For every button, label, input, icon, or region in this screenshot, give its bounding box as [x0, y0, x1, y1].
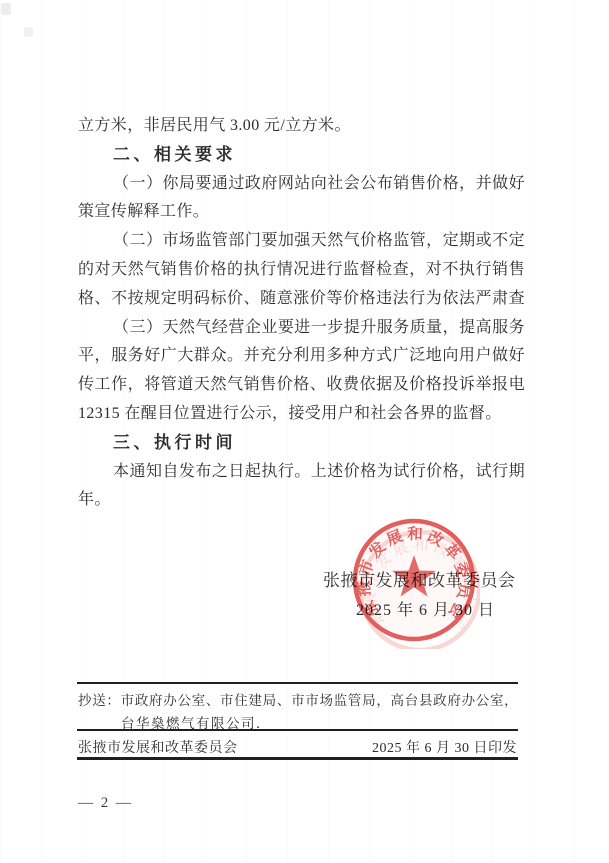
page-number: — 2 — — [78, 795, 133, 812]
scanned-document-page: { "meta": { "paper_color": "#ffffff", "i… — [0, 0, 609, 863]
body-line: 的对天然气销售价格的执行情况进行监督检查，对不执行销售价 — [78, 256, 525, 285]
footer-divider-middle — [77, 729, 518, 731]
footer-divider-bottom — [77, 757, 518, 760]
footer-divider-top — [77, 682, 518, 684]
signature-date: 2025 年 6 月 30 日 — [356, 597, 495, 620]
body-line: 本通知自发布之日起执行。上述价格为试行价格，试行期 2 — [78, 458, 525, 487]
scan-speck — [1, 3, 11, 15]
signature-organization: 张掖市发展和改革委员会 — [323, 566, 516, 591]
body-line: 12315 在醒目位置进行公示，接受用户和社会各界的监督。 — [78, 400, 525, 429]
body-line: （二）市场监管部门要加强天然气价格监管，定期或不定期 — [78, 227, 525, 256]
scan-speck — [24, 27, 33, 37]
copy-distribution-line1: 抄送：市政府办公室、市住建局、市市场监管局，高台县政府办公室，高 — [78, 689, 518, 711]
section-heading-2: 二、相关要求 — [78, 141, 525, 170]
body-line: （一）你局要通过政府网站向社会公布销售价格，并做好政 — [78, 170, 525, 199]
footer-issuer-row: 张掖市发展和改革委员会 2025 年 6 月 30 日印发 — [78, 737, 517, 757]
body-line: 格、不按规定明码标价、随意涨价等价格违法行为依法严肃查处。 — [78, 285, 525, 314]
footer-issuer: 张掖市发展和改革委员会 — [78, 737, 238, 757]
footer-print-date: 2025 年 6 月 30 日印发 — [372, 737, 517, 757]
body-line: 传工作，将管道天然气销售价格、收费依据及价格投诉举报电话 — [78, 371, 525, 400]
body-line: 平，服务好广大群众。并充分利用多种方式广泛地向用户做好宣 — [78, 342, 525, 371]
section-heading-3: 三、执行时间 — [78, 429, 525, 458]
document-body: 立方米，非居民用气 3.00 元/立方米。 二、相关要求 （一）你局要通过政府网… — [78, 112, 525, 515]
body-line: 立方米，非居民用气 3.00 元/立方米。 — [78, 112, 525, 141]
body-line: （三）天然气经营企业要进一步提升服务质量，提高服务水 — [78, 314, 525, 343]
body-line: 年。 — [78, 486, 525, 515]
body-line: 策宣传解释工作。 — [78, 198, 525, 227]
